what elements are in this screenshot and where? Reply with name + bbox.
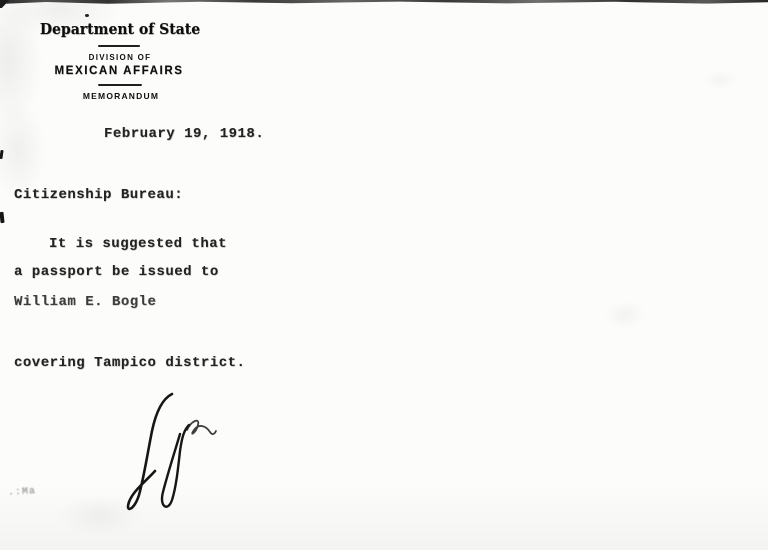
memo-body-line: covering Tampico district.: [14, 355, 245, 371]
memo-body-line-passport-name: William E. Bogle: [14, 294, 156, 310]
memo-body-line: It is suggested that: [49, 236, 227, 252]
memo-date: February 19, 1918.: [104, 126, 264, 142]
letterhead-divider: [98, 84, 142, 86]
handwritten-signature-initials: [100, 385, 230, 525]
scan-edge-tick: [0, 150, 4, 159]
letterhead-memorandum-label: MEMORANDUM: [0, 91, 242, 101]
scan-corner-artifact: [0, 0, 9, 8]
scan-top-edge-artifact: [0, 0, 768, 4]
ink-speck: [85, 14, 89, 17]
faded-text-fragment: .:Ma: [8, 486, 37, 498]
scan-edge-tick: [0, 212, 5, 223]
letterhead-divider: [98, 45, 140, 47]
memo-salutation: Citizenship Bureau:: [14, 187, 183, 203]
letterhead-division-of: DIVISION OF: [0, 53, 240, 62]
memo-body-line: a passport be issued to: [14, 264, 219, 280]
scanned-memorandum-page: Department of State DIVISION OF MEXICAN …: [0, 0, 768, 550]
letterhead-division-name: MEXICAN AFFAIRS: [0, 65, 238, 77]
letterhead-department: Department of State: [0, 22, 240, 39]
